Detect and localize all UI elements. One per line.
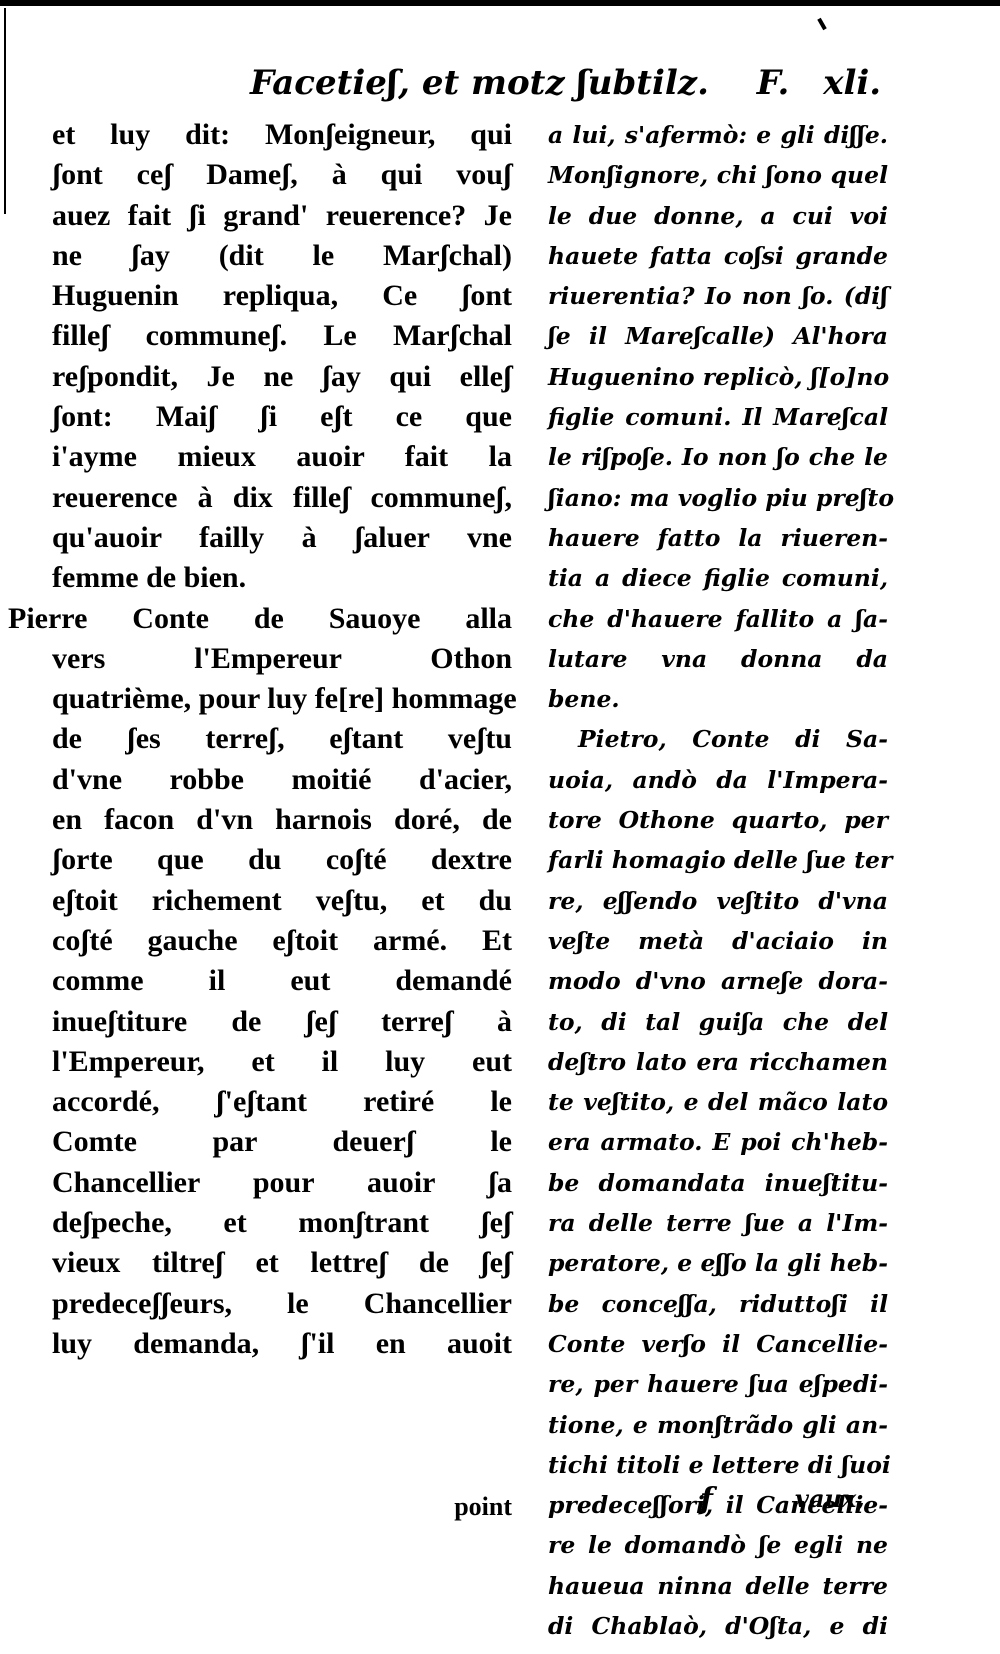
text-line: tore Othone quarto, per [548, 800, 888, 840]
text-line: veʃte metà d'aciaio in [548, 921, 888, 961]
text-line: en facon d'vn harnois doré, de [52, 800, 512, 840]
text-line: re, eʃʃendo veʃtito d'vna [548, 881, 888, 921]
text-line: d'vne robbe moitié d'acier, [52, 760, 512, 800]
text-line: predeceʃʃeurs, le Chancellier [52, 1284, 512, 1324]
italian-column: a lui, s'afermò: e gli diʃʃe. Monʃignore… [548, 115, 888, 1646]
running-head: Facetieʃ, et motz ʃubtilz. F. xli. [250, 58, 950, 108]
italian-catchword: vaux, [795, 1484, 865, 1513]
text-line: accordé, ʃ'eʃtant retiré le [52, 1082, 512, 1122]
text-line: de ʃes terreʃ, eʃtant veʃtu [52, 719, 512, 759]
text-line: uoia, andò da l'Impera- [548, 760, 888, 800]
text-line: ʃiano: ma voglio piu preʃto [548, 478, 888, 518]
text-line: tia a diece figlie comuni, [548, 558, 888, 598]
text-line: riuerentia? Io non ʃo. (diʃ [548, 276, 888, 316]
text-line: Huguenin repliqua, Ce ʃont [52, 276, 512, 316]
text-line: deʃpeche, et monʃtrant ʃeʃ [52, 1203, 512, 1243]
text-line: i'ayme mieux auoir fait la [52, 437, 512, 477]
text-line: peratore, e eʃʃo la gli heb- [548, 1243, 888, 1283]
french-column: et luy dit: Monʃeigneur, qui ʃont ceʃ Da… [52, 115, 512, 1364]
text-line: ne ʃay (dit le Marʃchal) [52, 236, 512, 276]
signature-letter: F. [757, 58, 790, 108]
paragraph-start-line: Pierre Conte de Sauoye alla [8, 599, 512, 639]
text-line: bene. [548, 679, 888, 719]
text-line: ʃont ceʃ Dameʃ, à qui vouʃ [52, 155, 512, 195]
text-line: re, per hauere ʃua eʃpedi- [548, 1364, 888, 1404]
text-line: te veʃtito, e del mãco lato [548, 1082, 888, 1122]
text-line: modo d'vno arneʃe dora- [548, 961, 888, 1001]
text-line: farli homagio delle ʃue ter [548, 840, 888, 880]
text-line: era armato. E poi ch'heb- [548, 1122, 888, 1162]
text-line: luy demanda, ʃ'il en auoit [52, 1324, 512, 1364]
printers-mark [817, 18, 826, 30]
text-line: inueʃtiture de ʃeʃ terreʃ à [52, 1002, 512, 1042]
text-line: reuerence à dix filleʃ communeʃ, [52, 478, 512, 518]
text-line: femme de bien. [52, 558, 512, 598]
text-line: vieux tiltreʃ et lettreʃ de ʃeʃ [52, 1243, 512, 1283]
text-line: Monʃignore, chi ʃono quel [548, 155, 888, 195]
text-line: ʃorte que du coʃté dextre [52, 840, 512, 880]
text-line: be conceʃʃa, riduttoʃi il [548, 1284, 888, 1324]
text-line: eʃtoit richement veʃtu, et du [52, 881, 512, 921]
text-line: deʃtro lato era ricchamen [548, 1042, 888, 1082]
text-line: et luy dit: Monʃeigneur, qui [52, 115, 512, 155]
text-line: be domandata inueʃtitu- [548, 1163, 888, 1203]
text-line: vers l'Empereur Othon [52, 639, 512, 679]
text-line: figlie comuni. Il Mareʃcal [548, 397, 888, 437]
page-top-border [0, 0, 1000, 6]
text-line: ʃont: Maiʃ ʃi eʃt ce que [52, 397, 512, 437]
gathering-signature-mark: f [700, 1482, 713, 1517]
text-line: tione, e monʃtrãdo gli an- [548, 1405, 888, 1445]
text-line: lutare vna donna da [548, 639, 888, 679]
text-line: Huguenino replicò, ʃ[o]no [548, 357, 888, 397]
text-line: ʃe il Mareʃcalle) Al'hora [548, 316, 888, 356]
text-line: to, di tal guiʃa che del [548, 1002, 888, 1042]
text-line: le riʃpoʃe. Io non ʃo che le [548, 437, 888, 477]
text-line: hauete fatta coʃsi grande [548, 236, 888, 276]
text-line: filleʃ communeʃ. Le Marʃchal [52, 316, 512, 356]
paragraph-start-line: Pietro, Conte di Sa- [548, 719, 888, 759]
text-line: hauere fatto la riueren- [548, 518, 888, 558]
text-line: ra delle terre ʃue a l'Im- [548, 1203, 888, 1243]
text-line: che d'hauere fallito a ʃa- [548, 599, 888, 639]
running-head-title: Facetieʃ, et motz ʃubtilz. [250, 58, 709, 108]
text-line: quatrième, pour luy fe[re] hommage [52, 679, 512, 719]
text-line: comme il eut demandé [52, 961, 512, 1001]
text-line: re le domandò ʃe egli ne [548, 1525, 888, 1565]
text-line: l'Empereur, et il luy eut [52, 1042, 512, 1082]
text-line: le due donne, a cui voi [548, 196, 888, 236]
french-catchword: point [440, 1492, 512, 1522]
text-line: reʃpondit, Je ne ʃay qui elleʃ [52, 357, 512, 397]
folio-number: xli. [823, 58, 881, 108]
text-line: qu'auoir failly à ʃaluer vne [52, 518, 512, 558]
text-line: Conte verʃo il Cancellie- [548, 1324, 888, 1364]
page-left-border [4, 8, 6, 214]
text-line: tichi titoli e lettere di ʃuoi [548, 1445, 888, 1485]
text-line: coʃté gauche eʃtoit armé. Et [52, 921, 512, 961]
text-line: di Chablaò, d'Oʃta, e di [548, 1606, 888, 1646]
text-line: auez fait ʃi grand' reuerence? Je [52, 196, 512, 236]
text-line: Comte par deuerʃ le [52, 1122, 512, 1162]
text-line: haueua ninna delle terre [548, 1566, 888, 1606]
text-line: Chancellier pour auoir ʃa [52, 1163, 512, 1203]
text-line: a lui, s'afermò: e gli diʃʃe. [548, 115, 888, 155]
